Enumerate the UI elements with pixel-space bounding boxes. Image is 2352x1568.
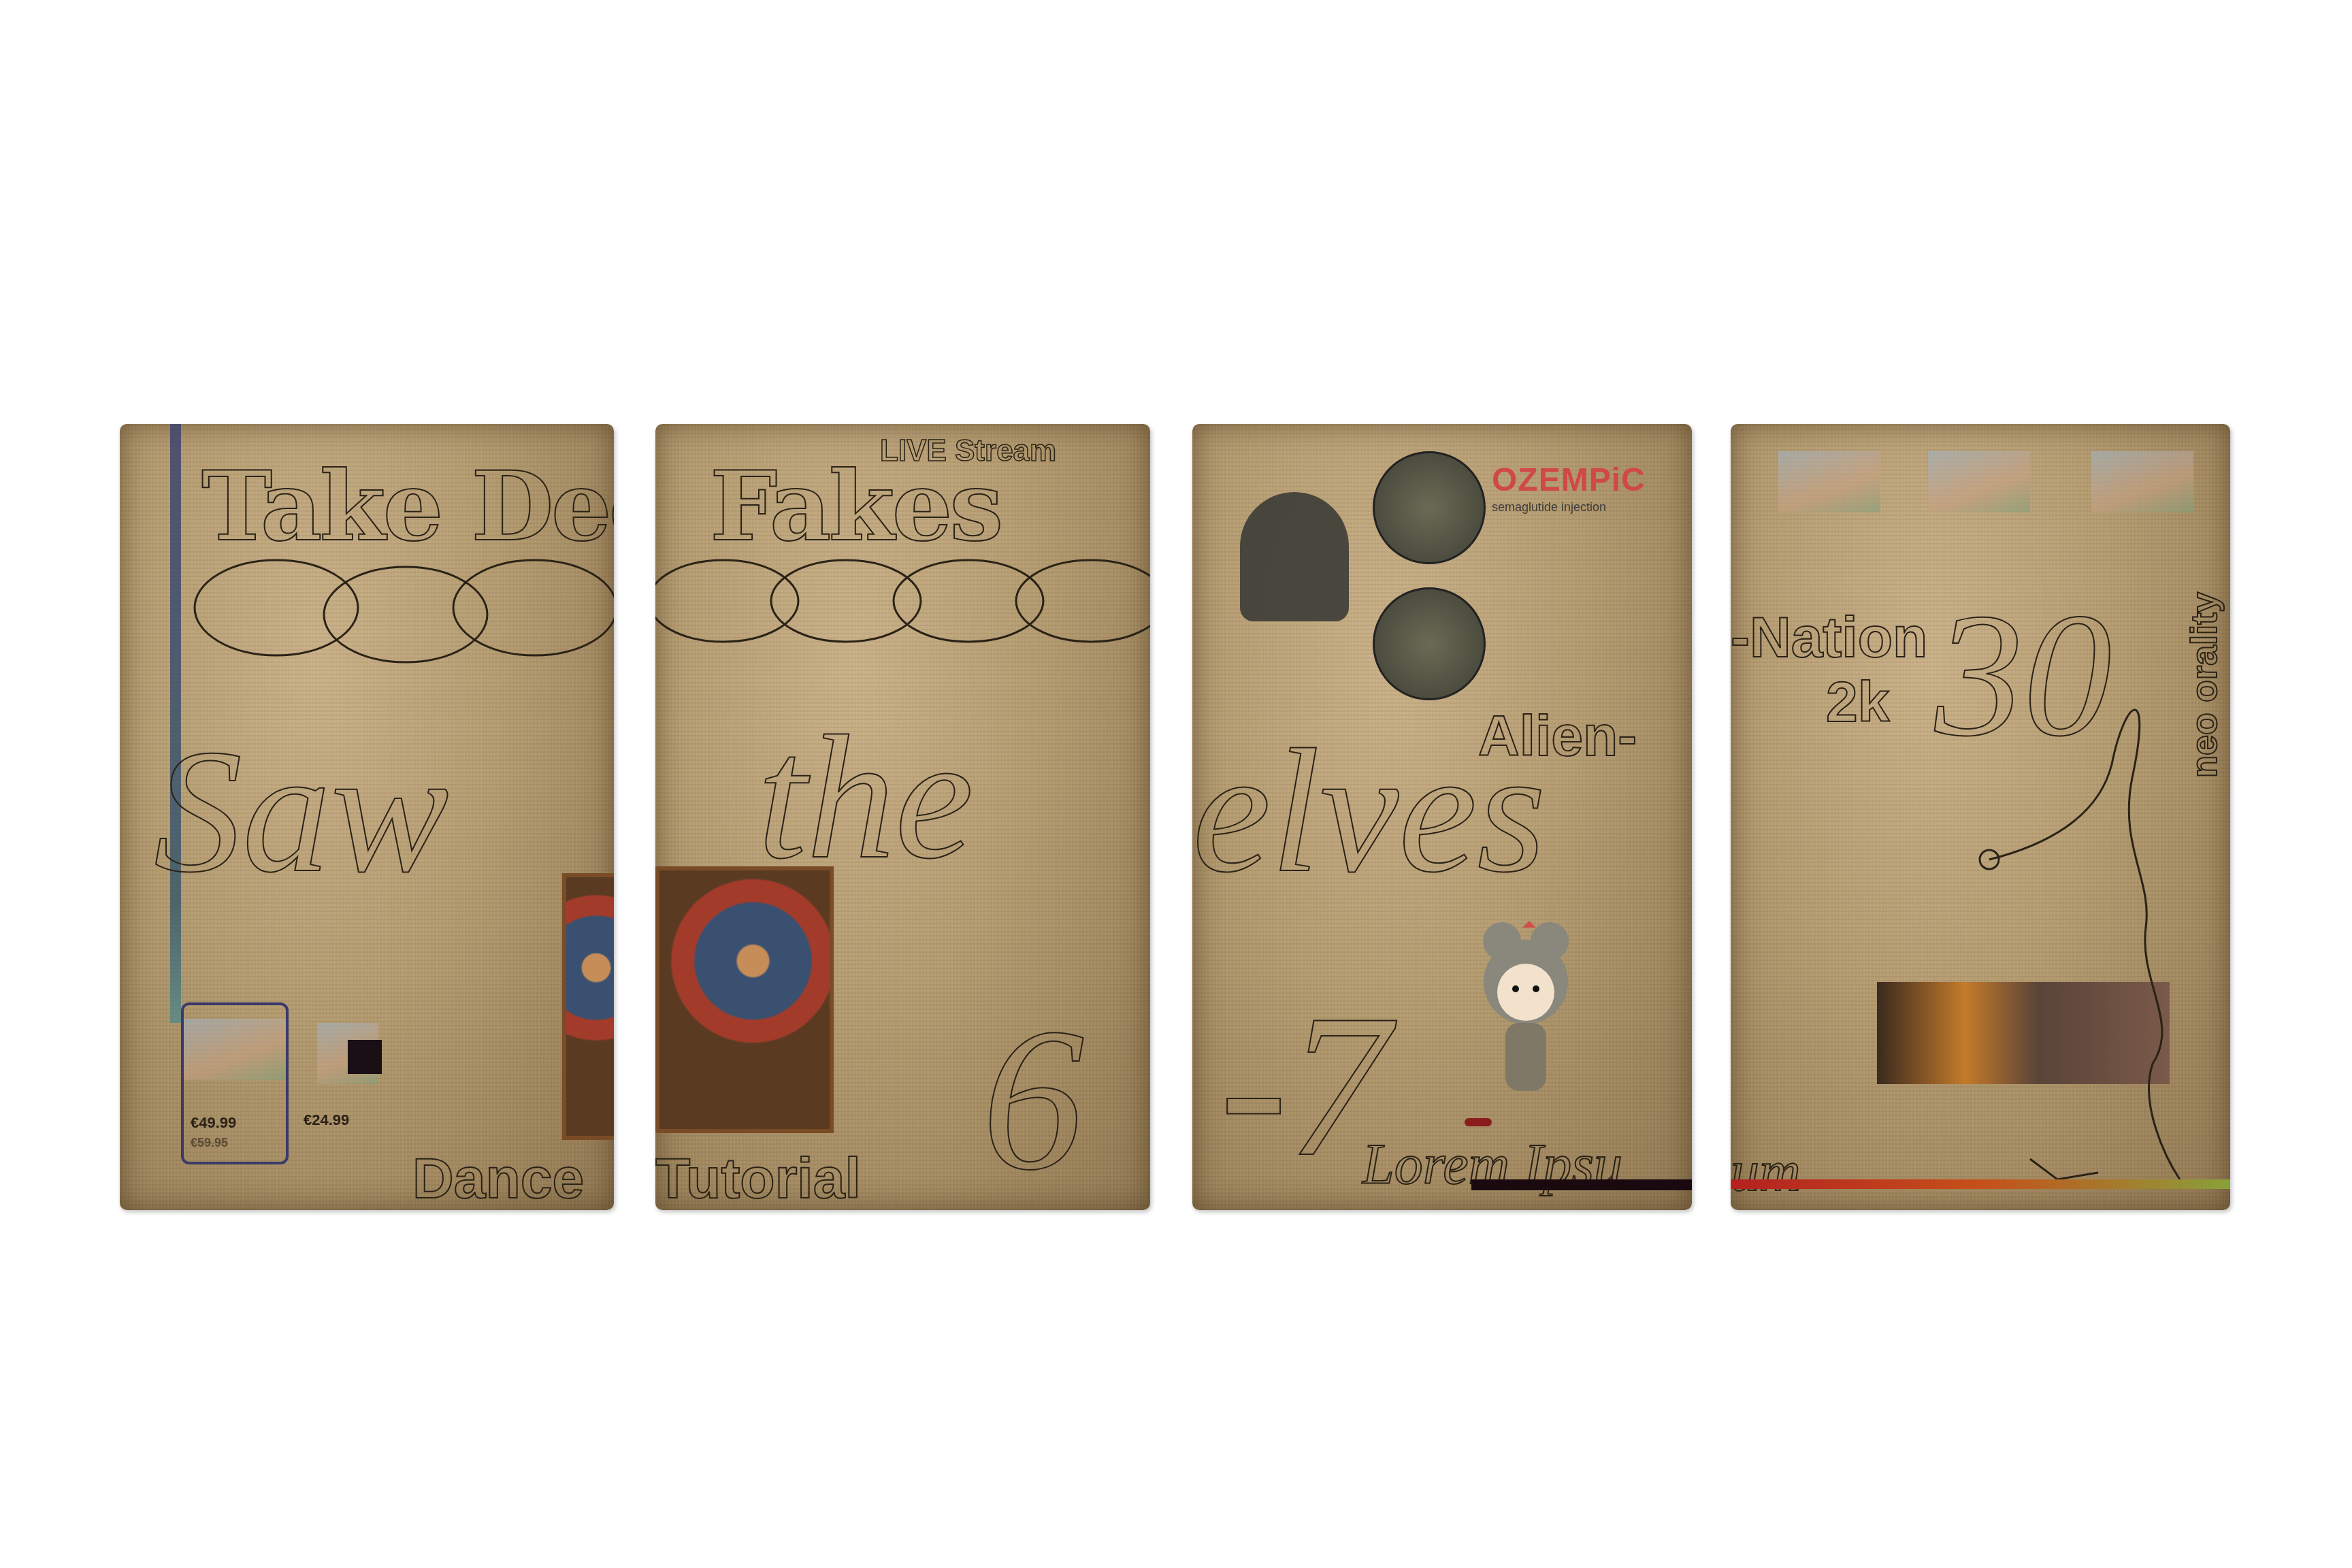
ornament-scrollwork bbox=[655, 546, 1150, 655]
number-six: 6 bbox=[982, 982, 1084, 1210]
price-current: €49.99 bbox=[191, 1114, 236, 1132]
canvas-panel-1: Take Deep Saw €49.99 €59.95 €24.99 Dance bbox=[120, 424, 614, 1210]
product-card-selected: €49.99 €59.95 bbox=[181, 1002, 289, 1164]
madonna-painting bbox=[655, 866, 834, 1133]
nation-label: -Nation bbox=[1731, 604, 1927, 670]
rainbow-stripe bbox=[1731, 1179, 2230, 1189]
product-image bbox=[184, 1019, 286, 1080]
canvas-panel-3: OZEMPiC semaglutide injection Alien- elv… bbox=[1192, 424, 1692, 1210]
ipsum-tail-script: um bbox=[1731, 1139, 1801, 1205]
ornament-scrollwork bbox=[181, 553, 614, 676]
price-second: €24.99 bbox=[304, 1111, 349, 1129]
product-thumb-3 bbox=[2091, 451, 2193, 512]
script-word: Saw bbox=[154, 710, 448, 913]
soldier-photo-circle-2 bbox=[1373, 587, 1486, 700]
product-thumb-1 bbox=[1778, 451, 1880, 512]
script-word: the bbox=[757, 696, 974, 900]
gothic-title: Take Deep bbox=[201, 451, 614, 563]
price-old: €59.95 bbox=[191, 1136, 228, 1150]
canvas-panel-4: -Nation 2k 30 neo orality um bbox=[1731, 424, 2230, 1210]
ozempic-logo: OZEMPiC bbox=[1492, 461, 1646, 499]
black-square bbox=[348, 1040, 382, 1074]
product-thumb-2 bbox=[1928, 451, 2030, 512]
cartoon-girl-character bbox=[1475, 914, 1577, 1111]
framed-picture-edge bbox=[562, 873, 614, 1140]
outline-cartoon-figure bbox=[1976, 642, 2200, 1200]
script-word: elves bbox=[1192, 710, 1546, 913]
tutorial-label: Tutorial bbox=[655, 1145, 861, 1210]
dark-bar bbox=[1471, 1179, 1692, 1190]
canvas-panel-2: LIVE Stream Fakes the 6 Tutorial bbox=[655, 424, 1150, 1210]
dance-label: Dance bbox=[412, 1145, 584, 1210]
ozempic-subtitle: semaglutide injection bbox=[1492, 500, 1606, 514]
soldier-photo-circle-1 bbox=[1373, 451, 1486, 564]
2k-label: 2k bbox=[1826, 669, 1889, 735]
blood-splat bbox=[1465, 1118, 1492, 1126]
balaclava-silhouette bbox=[1240, 492, 1349, 621]
